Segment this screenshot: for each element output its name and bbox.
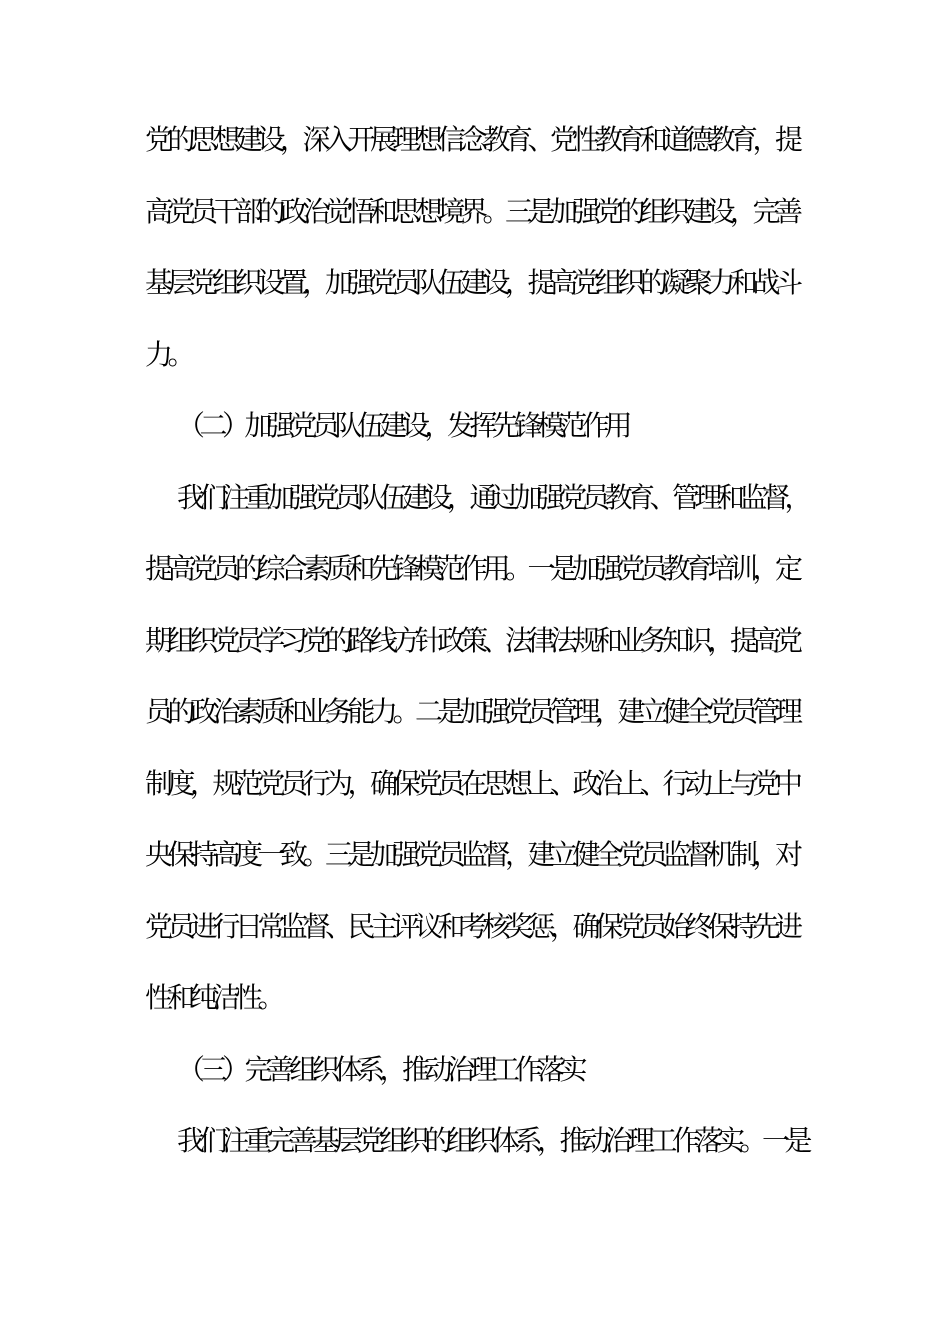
document-body: 党的思想建设，深入开展理想信念教育、党性教育和道德教育，提高党员干部的政治觉悟和… bbox=[145, 105, 825, 1178]
document-line: 我们注重加强党员队伍建设，通过加强党员教育、管理和监督， bbox=[145, 463, 825, 535]
document-line: 央保持高度一致。三是加强党员监督，建立健全党员监督机制，对 bbox=[145, 820, 825, 892]
document-line: 性和纯洁性。 bbox=[145, 963, 825, 1035]
section-heading: （三）完善组织体系，推动治理工作落实 bbox=[145, 1035, 825, 1107]
document-line: 制度，规范党员行为，确保党员在思想上、政治上、行动上与党中 bbox=[145, 749, 825, 821]
document-line: 期组织党员学习党的路线方针政策、法律法规和业务知识，提高党 bbox=[145, 606, 825, 678]
document-line: 党员进行日常监督、民主评议和考核奖惩，确保党员始终保持先进 bbox=[145, 892, 825, 964]
document-line: 力。 bbox=[145, 320, 825, 392]
document-line: 高党员干部的政治觉悟和思想境界。三是加强党的组织建设，完善 bbox=[145, 177, 825, 249]
document-line: 员的政治素质和业务能力。二是加强党员管理，建立健全党员管理 bbox=[145, 677, 825, 749]
document-line: 提高党员的综合素质和先锋模范作用。一是加强党员教育培训，定 bbox=[145, 534, 825, 606]
document-line: 党的思想建设，深入开展理想信念教育、党性教育和道德教育，提 bbox=[145, 105, 825, 177]
document-line: 我们注重完善基层党组织的组织体系，推动治理工作落实。一是 bbox=[145, 1106, 825, 1178]
section-heading: （二）加强党员队伍建设，发挥先锋模范作用 bbox=[145, 391, 825, 463]
document-line: 基层党组织设置，加强党员队伍建设，提高党组织的凝聚力和战斗 bbox=[145, 248, 825, 320]
document-page: 党的思想建设，深入开展理想信念教育、党性教育和道德教育，提高党员干部的政治觉悟和… bbox=[0, 0, 950, 1344]
